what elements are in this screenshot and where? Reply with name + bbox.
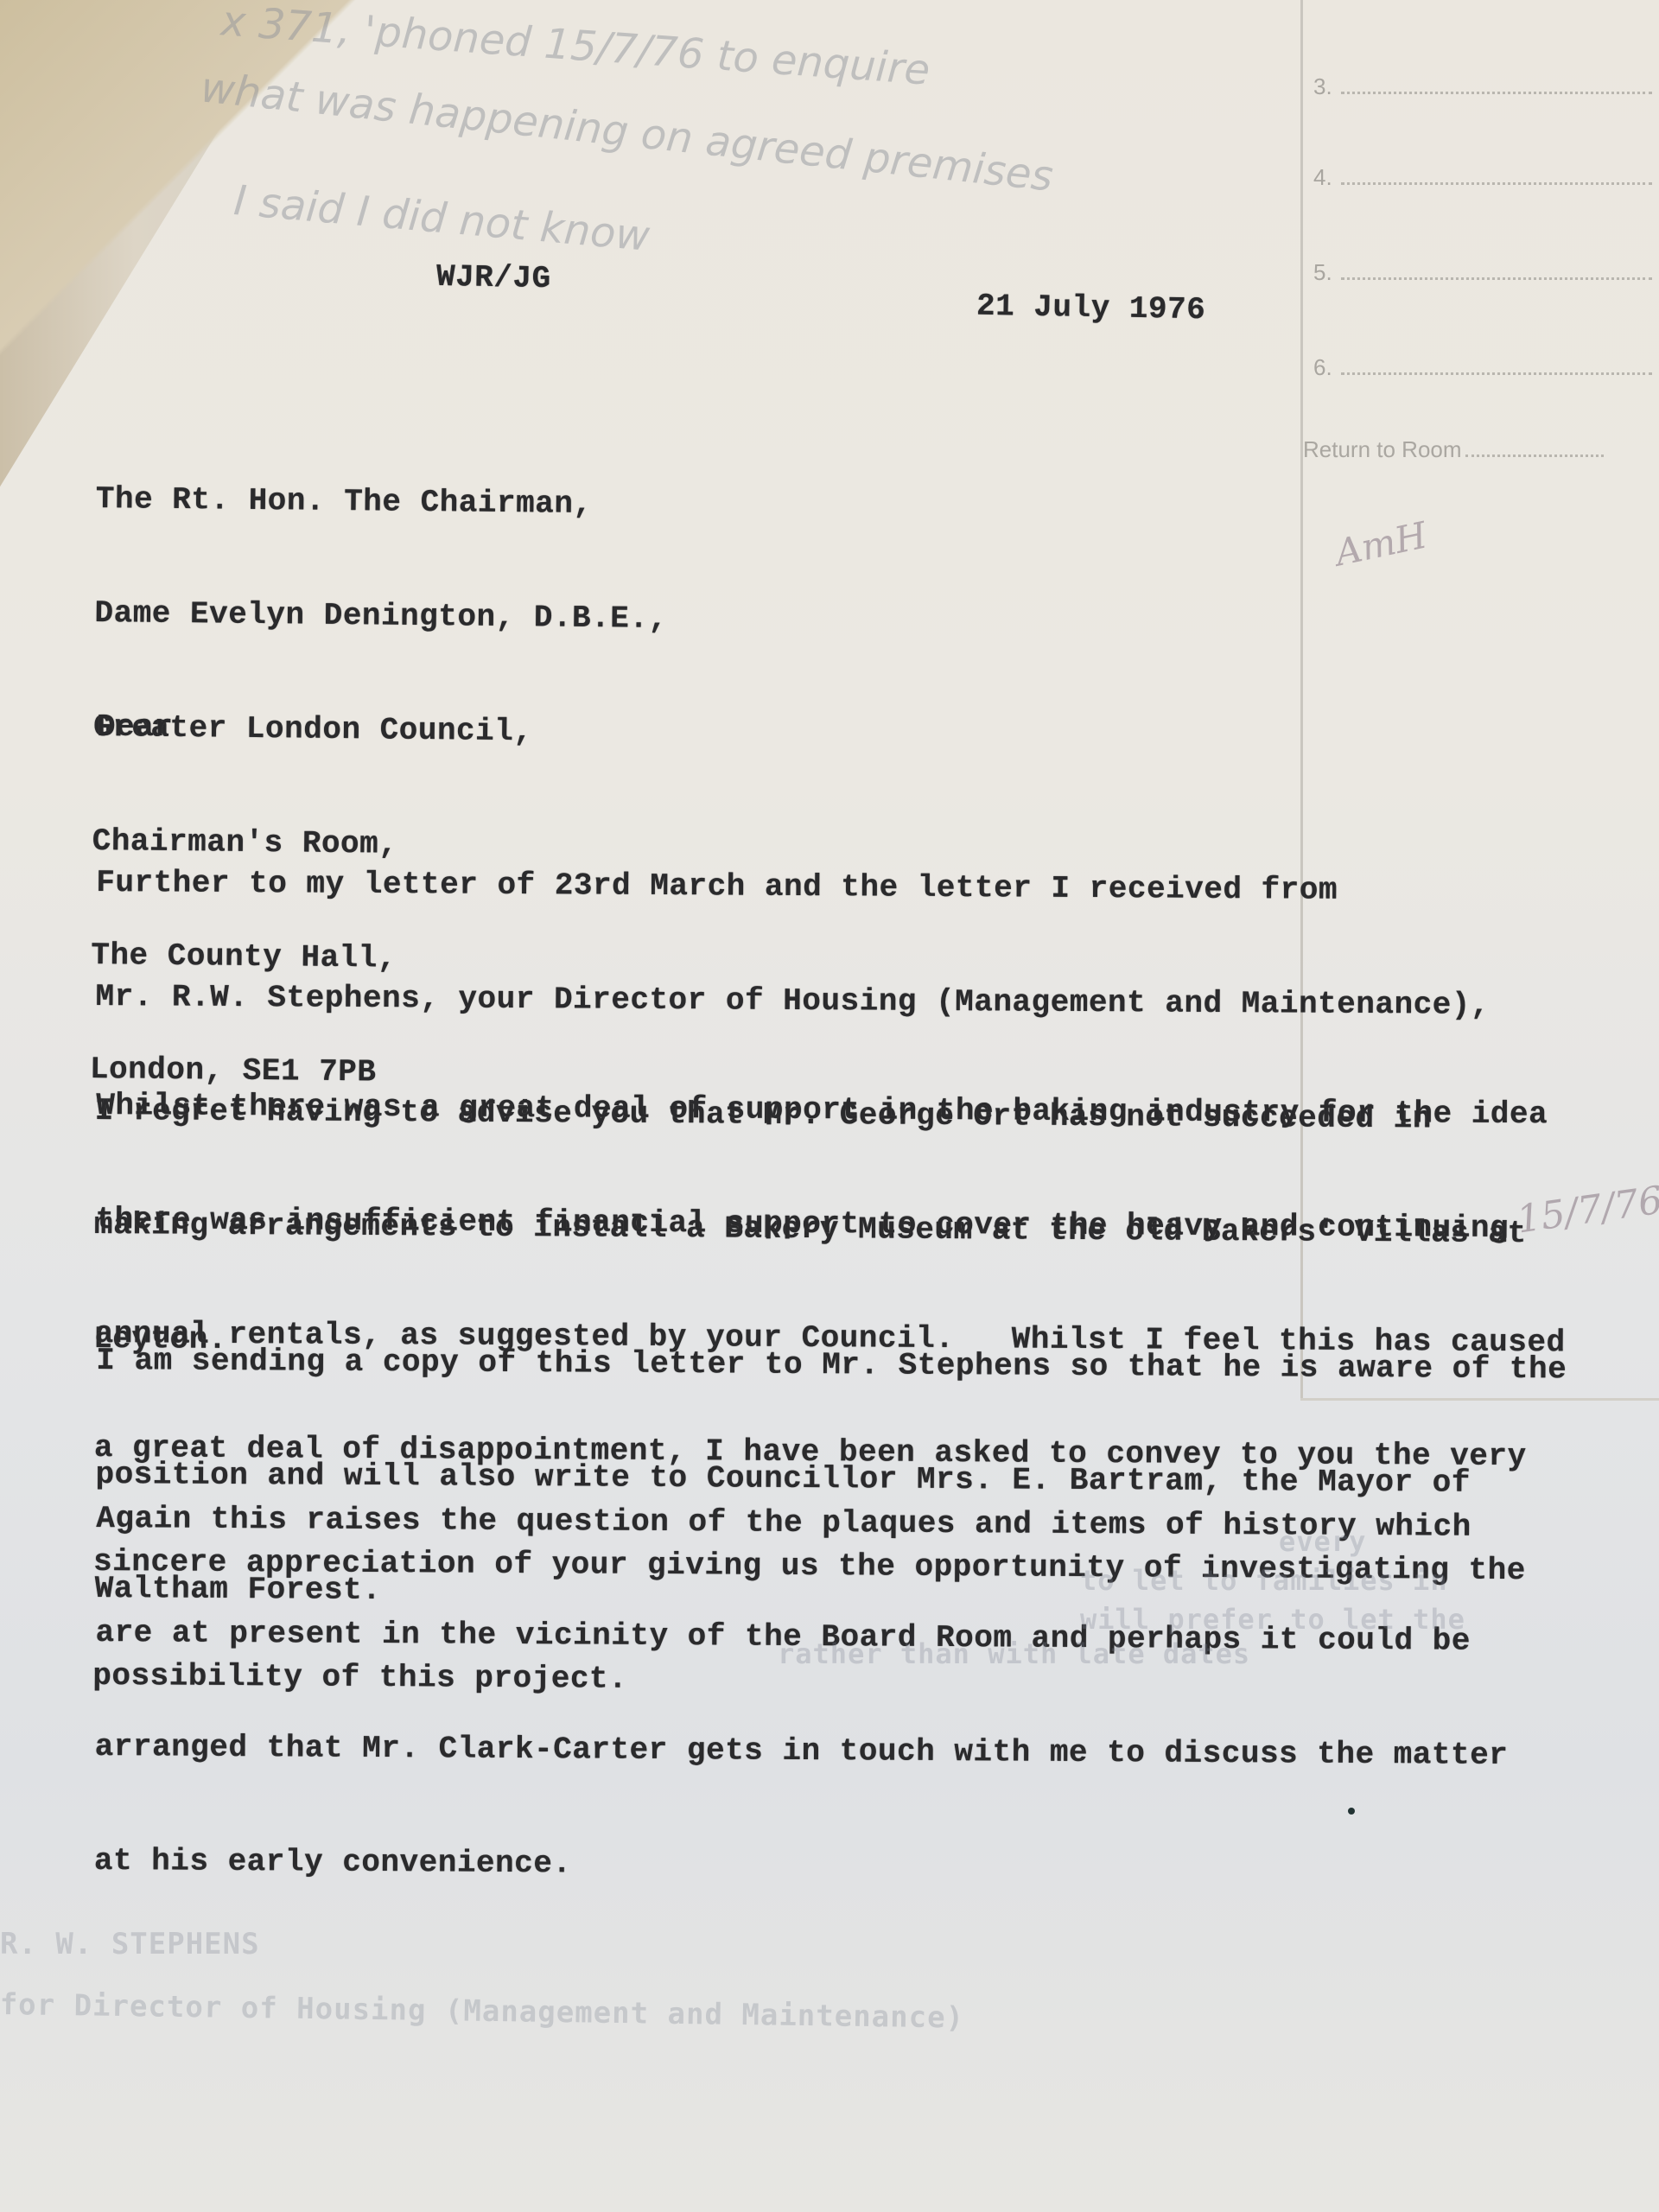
- paragraph-line: I am sending a copy of this letter to Mr…: [96, 1342, 1565, 1389]
- paragraph-line: arranged that Mr. Clark-Carter gets in t…: [95, 1728, 1564, 1775]
- address-line: The Rt. Hon. The Chairman,: [96, 480, 670, 524]
- letter-date: 21 July 1976: [976, 288, 1206, 330]
- routing-row: 5.: [1313, 259, 1652, 286]
- reference-code: WJR/JG: [436, 258, 551, 298]
- salutation: Dear: [97, 709, 173, 747]
- routing-row: 3.: [1313, 73, 1652, 100]
- paragraph-4: Again this raises the question of the pl…: [94, 1424, 1566, 1927]
- address-line: Greater London Council,: [93, 709, 667, 753]
- return-to-room-field: Return to Room: [1303, 436, 1604, 463]
- address-line: Dame Evelyn Denington, D.B.E.,: [94, 594, 668, 639]
- show-through-typed-line: will prefer to let the: [1080, 1603, 1465, 1636]
- show-through-typed-line: to let to families in: [1080, 1564, 1448, 1597]
- ink-spot: [1348, 1808, 1355, 1815]
- paragraph-line: at his early convenience.: [94, 1842, 1563, 1889]
- routing-row: 4.: [1313, 164, 1652, 191]
- show-through-typed-line: rather than with late dates: [778, 1637, 1250, 1670]
- show-through-typed-line: every: [1279, 1525, 1366, 1558]
- show-through-signature-name: R. W. STEPHENS: [0, 1927, 260, 1961]
- paragraph-line: there was insufficient financial support…: [95, 1201, 1564, 1248]
- routing-row: 6.: [1313, 354, 1652, 381]
- paragraph-line: Whilst there was a great deal of support…: [96, 1087, 1565, 1134]
- paragraph-line: Further to my letter of 23rd March and t…: [96, 864, 1565, 911]
